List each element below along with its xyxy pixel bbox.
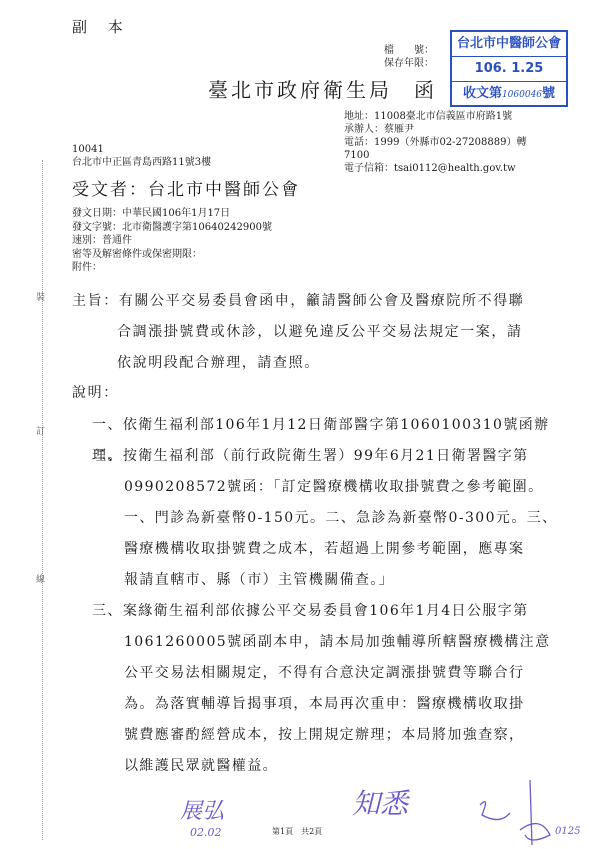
stamp-date: 106. 1.25 xyxy=(452,57,566,82)
recipient: 受文者：台北市中醫師公會 xyxy=(72,175,300,200)
recipient-address: 10041 台北市中正區青島西路11號3樓 xyxy=(72,143,211,169)
signature-right-date: 0125 xyxy=(555,826,580,837)
file-meta: 檔 號： 保存年限： xyxy=(384,44,434,70)
contact-phone: 電話：1999（外縣市02-27208889）轉 xyxy=(344,136,526,149)
issue-number: 發文字號：北市衛醫護字第10640242900號 xyxy=(72,221,272,235)
document-type: 函 xyxy=(414,78,437,102)
attachment: 附件： xyxy=(72,261,272,275)
subject-label: 主旨： xyxy=(72,293,119,309)
contact-handler: 承辦人：蔡雁尹 xyxy=(344,123,526,136)
secrecy-level: 密等及解密條件或保密期限： xyxy=(72,248,272,262)
retention-period-label: 保存年限： xyxy=(384,57,434,70)
binding-mark: 裝 xyxy=(36,290,45,303)
delivery-speed: 速別：普通件 xyxy=(72,234,272,248)
contact-address: 地址：11008臺北市信義區市府路1號 xyxy=(344,110,526,123)
file-number-label: 檔 號： xyxy=(384,44,434,57)
contact-ext: 7100 xyxy=(344,149,526,162)
document-title: 臺北市政府衛生局函 xyxy=(208,74,437,103)
stamp-receipt-number: 1060046 xyxy=(502,90,542,100)
copy-label: 副 本 xyxy=(72,16,131,37)
issue-date: 發文日期：中華民國106年1月17日 xyxy=(72,207,272,221)
subject: 主旨：有關公平交易委員會函申，籲請醫師公會及醫療院所不得聯 合調漲掛號費或休診，… xyxy=(72,286,572,379)
contact-email: 電子信箱：tsai0112@health.gov.tw xyxy=(344,162,526,175)
received-stamp: 台北市中醫師公會 106. 1.25 收文第1060046號 xyxy=(450,30,568,107)
explanation-item: 三、案緣衛生福利部依據公平交易委員會106年1月4日公服字第 106126000… xyxy=(92,596,572,782)
contact-info: 地址：11008臺北市信義區市府路1號 承辦人：蔡雁尹 電話：1999（外縣市0… xyxy=(344,110,526,175)
explanation-label: 說明： xyxy=(72,378,119,409)
agency-name: 臺北市政府衛生局 xyxy=(208,78,392,102)
stamp-org: 台北市中醫師公會 xyxy=(452,32,566,57)
postal-code: 10041 xyxy=(72,143,211,156)
page-info: 第1頁 共2頁 xyxy=(272,826,322,837)
document-meta: 發文日期：中華民國106年1月17日 發文字號：北市衛醫護字第106402429… xyxy=(72,207,272,275)
explanation-item: 二、按衛生福利部（前行政院衛生署）99年6月21日衛署醫字第 099020857… xyxy=(92,441,572,596)
stamp-receipt: 收文第1060046號 xyxy=(452,82,566,106)
binding-mark: 線 xyxy=(36,572,45,585)
street-address: 台北市中正區青島西路11號3樓 xyxy=(72,156,211,169)
binding-mark: 訂 xyxy=(36,424,45,437)
signature-scribble-icon xyxy=(470,775,590,849)
signature-left: 展弘 xyxy=(180,794,224,825)
signature-right: 知悉 xyxy=(352,782,408,822)
binding-line xyxy=(42,160,43,840)
signature-left-date: 02.02 xyxy=(190,826,222,839)
